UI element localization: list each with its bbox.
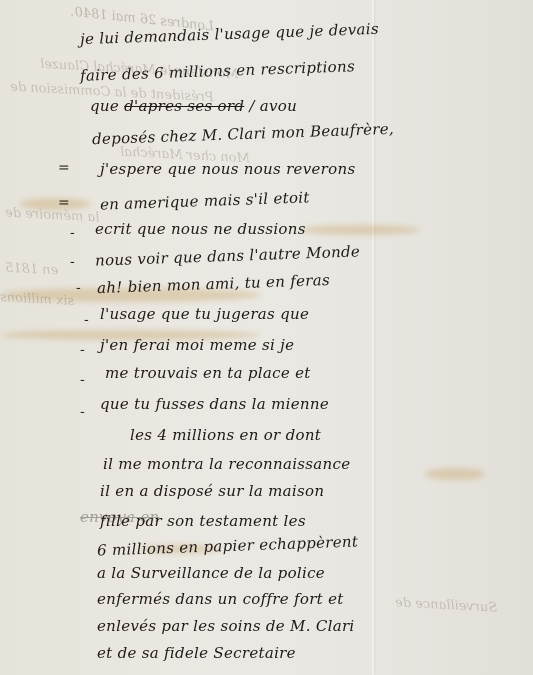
bleedthrough-text: la mémoire de <box>5 206 100 226</box>
manuscript-line: les 4 millions en or dont <box>130 426 321 444</box>
water-stain <box>425 468 485 480</box>
manuscript-line: j'espere que nous nous reverons <box>100 160 355 178</box>
water-stain <box>300 225 420 235</box>
line-marker: - <box>80 404 85 420</box>
line-marker: = <box>58 195 70 211</box>
manuscript-line: que d'apres ses ord / avou <box>90 97 297 115</box>
line-marker: - <box>76 280 81 296</box>
page-fold <box>372 0 374 675</box>
manuscript-line: en amerique mais s'il etoit <box>100 188 310 213</box>
line-word: que <box>90 97 119 115</box>
line-marker: - <box>80 342 85 358</box>
manuscript-line: enfermés dans un coffre fort et <box>97 590 344 608</box>
manuscript-line: il en a disposé sur la maison <box>100 482 324 500</box>
manuscript-line: il me montra la reconnaissance <box>103 455 350 473</box>
manuscript-line: fille par son testament les <box>100 512 306 530</box>
bleedthrough-text: six millions <box>0 290 74 309</box>
manuscript-line: nous voir que dans l'autre Monde <box>95 242 361 269</box>
manuscript-line: a la Surveillance de la police <box>97 564 325 582</box>
line-marker: - <box>80 372 85 388</box>
manuscript-line: deposés chez M. Clari mon Beaufrère, <box>92 120 394 149</box>
line-marker: - <box>70 225 75 241</box>
line-word: / avou <box>249 97 297 115</box>
manuscript-line: ecrit que nous ne dussions <box>95 220 306 238</box>
bleedthrough-text: en 1815 <box>5 261 59 279</box>
line-marker: - <box>84 312 89 328</box>
manuscript-line: enlevés par les soins de M. Clari <box>97 617 355 635</box>
manuscript-line: j'en ferai moi meme si je <box>100 336 294 354</box>
bleedthrough-text: Surveillance de <box>395 595 498 615</box>
manuscript-line: l'usage que tu jugeras que <box>100 305 309 323</box>
manuscript-line: 6 millions en papier echappèrent <box>97 532 359 559</box>
manuscript-line: me trouvais en ta place et <box>105 364 311 382</box>
manuscript-line: et de sa fidele Secretaire <box>97 644 296 662</box>
manuscript-page: Londres 26 mai 1840. Monsieur le Marécha… <box>0 0 533 675</box>
line-marker: - <box>70 254 75 270</box>
manuscript-line: que tu fusses dans la mienne <box>100 395 329 413</box>
line-marker: = <box>58 160 70 176</box>
struck-text: d'apres ses ord <box>124 97 244 115</box>
